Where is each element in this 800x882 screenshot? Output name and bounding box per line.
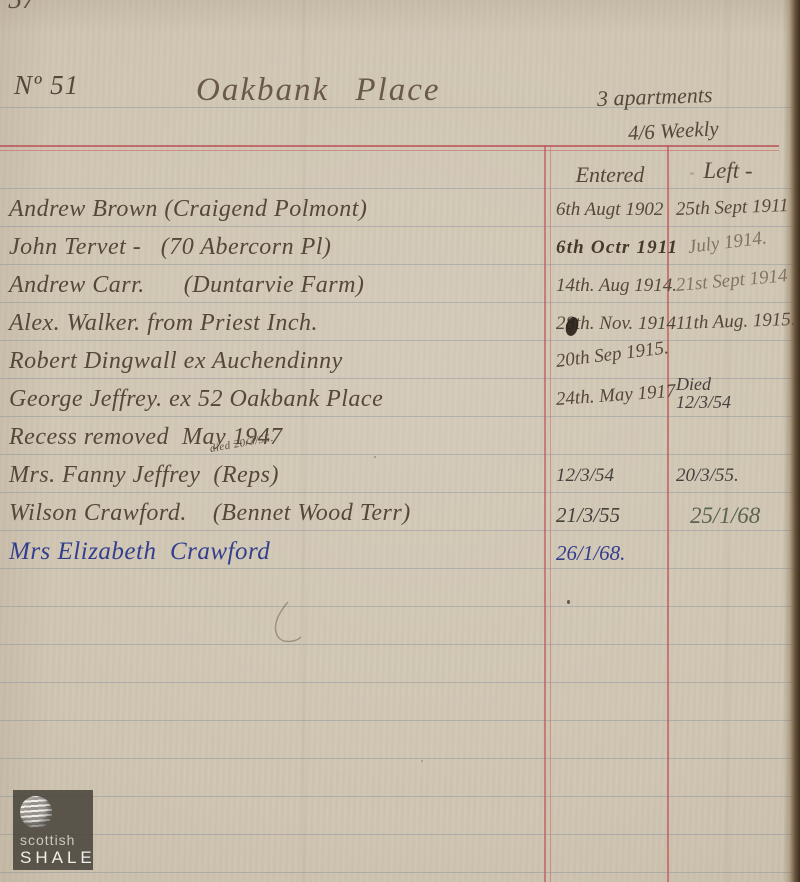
ruled-line — [0, 682, 800, 683]
tenant-entry: Alex. Walker. from Priest Inch. — [9, 310, 318, 337]
ledger-row: John Tervet - (70 Abercorn Pl) 6th Octr … — [0, 234, 800, 272]
ledger-row: Alex. Walker. from Priest Inch. 28th. No… — [0, 310, 800, 348]
entered-date: 21/3/55 — [556, 503, 620, 528]
entered-date: 6th Augt 1902 — [556, 199, 663, 221]
tenant-entry: Mrs. Fanny Jeffrey (Reps) — [9, 462, 279, 489]
paper-speck — [690, 172, 694, 175]
ruled-line — [0, 872, 800, 873]
globe-icon — [20, 796, 52, 828]
corner-page-mark: 57 — [8, 0, 36, 16]
ledger-row: Andrew Brown (Craigend Polmont) 6th Augt… — [0, 196, 800, 234]
tenant-entry: Mrs Elizabeth Crawford — [9, 538, 270, 566]
page-title: Oakbank Place — [196, 72, 441, 109]
ledger-row: George Jeffrey. ex 52 Oakbank Place 24th… — [0, 386, 800, 424]
ruled-line — [0, 606, 800, 607]
ledger-row: Wilson Crawford. (Bennet Wood Terr) 21/3… — [0, 500, 800, 538]
paper-speck — [421, 760, 423, 762]
left-date: 25/1/68 — [690, 503, 760, 529]
left-date-line1: Died — [676, 375, 731, 393]
ruled-line — [0, 188, 800, 189]
ledger-page: 57 Nº 51 Oakbank Place 3 apartments 4/6 … — [0, 0, 800, 882]
left-date: Died12/3/54 — [676, 375, 731, 412]
entered-date: 26/1/68. — [556, 541, 625, 566]
entered-date: 14th. Aug 1914. — [556, 275, 677, 297]
watermark-text-shale: SHALE — [20, 848, 93, 868]
ruled-line — [0, 720, 800, 721]
left-date-line2: 12/3/54 — [676, 393, 731, 411]
ruled-line — [0, 758, 800, 759]
entered-date: 6th Octr 1911 — [556, 237, 678, 259]
ruled-line — [0, 796, 800, 797]
tenant-entry: Wilson Crawford. (Bennet Wood Terr) — [9, 500, 411, 527]
pen-slip-mark — [258, 598, 318, 650]
red-header-rule-2 — [0, 150, 779, 151]
paper-speck — [567, 600, 570, 604]
ledger-row: Mrs Elizabeth Crawford 26/1/68. — [0, 538, 800, 576]
house-number: Nº 51 — [14, 70, 79, 101]
red-header-rule — [0, 145, 779, 147]
watermark-text-scottish: scottish — [20, 833, 93, 848]
tenant-entry: John Tervet - (70 Abercorn Pl) — [9, 234, 331, 261]
tenant-entry: Andrew Brown (Craigend Polmont) — [9, 196, 367, 223]
ruled-line — [0, 834, 800, 835]
scottish-shale-watermark: scottish SHALE — [13, 790, 93, 870]
page-edge-shadow — [783, 0, 800, 882]
ledger-row: Andrew Carr. (Duntarvie Farm) 14th. Aug … — [0, 272, 800, 310]
rent-note: 4/6 Weekly — [627, 116, 719, 146]
entered-date: 12/3/54 — [556, 465, 614, 487]
left-date: 11th Aug. 1915. — [676, 309, 796, 335]
ledger-row: Mrs. Fanny Jeffrey (Reps) 12/3/54 20/3/5… — [0, 462, 800, 500]
paper-speck — [374, 456, 376, 458]
left-date: 25th Sept 1911 — [676, 195, 789, 221]
entered-date: 24th. May 1917 — [555, 381, 676, 411]
left-column-header: Left - — [680, 158, 776, 184]
entered-column-header: Entered — [556, 162, 664, 188]
ruled-line — [0, 644, 800, 645]
tenant-entry: Andrew Carr. (Duntarvie Farm) — [9, 272, 364, 299]
tenant-entry: George Jeffrey. ex 52 Oakbank Place — [9, 386, 383, 413]
ledger-row: Recess removed May 1947 — [0, 424, 800, 462]
tenant-entry: Robert Dingwall ex Auchendinny — [9, 348, 343, 375]
apartments-note: 3 apartments — [597, 82, 713, 112]
left-date: 20/3/55. — [676, 465, 739, 487]
